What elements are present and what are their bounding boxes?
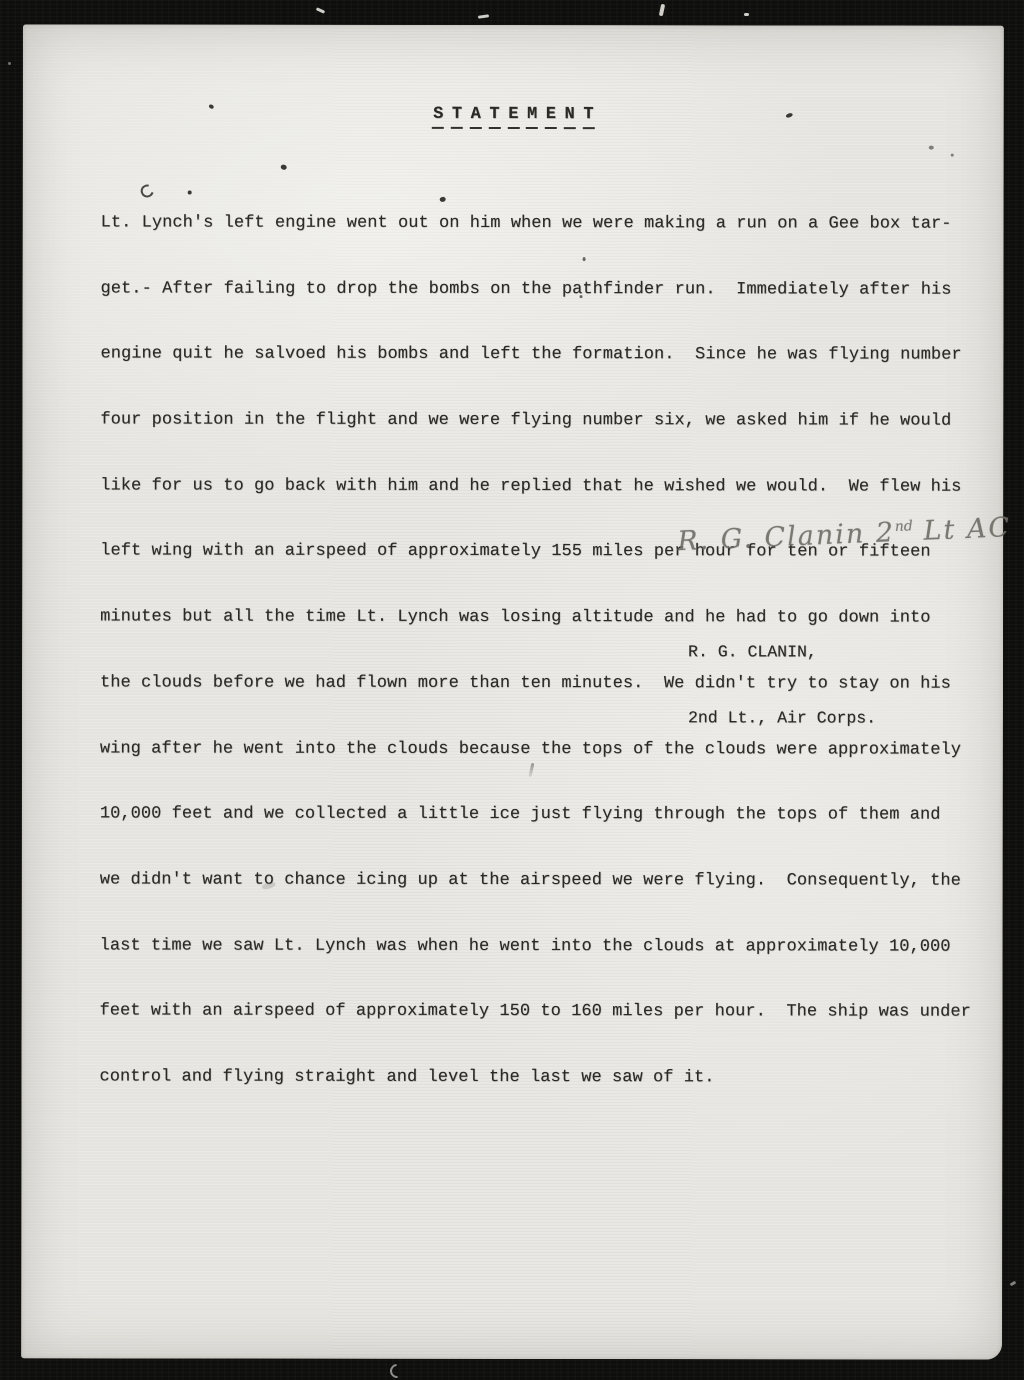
- statement-line: feet with an airspeed of approximately 1…: [100, 1001, 971, 1024]
- title-letter: T: [489, 105, 501, 129]
- title-letter: N: [564, 105, 576, 129]
- title-letter: T: [582, 105, 594, 129]
- document-title: STATEMENT: [23, 104, 1004, 129]
- statement-line: last time we saw Lt. Lynch was when he w…: [100, 935, 971, 958]
- statement-line: 10,000 feet and we collected a little ic…: [100, 804, 971, 827]
- statement-line: four position in the flight and we were …: [100, 409, 971, 432]
- statement-line: control and flying straight and level th…: [99, 1067, 970, 1090]
- handwritten-signature-superscript: nd: [894, 518, 913, 535]
- statement-line: get.- After failing to drop the bombs on…: [101, 278, 972, 301]
- title-letter: A: [470, 105, 482, 129]
- scanner-dust-speck: [744, 13, 749, 16]
- paper-speck: [929, 146, 934, 150]
- typed-signature-rank: 2nd Lt., Air Corps.: [688, 707, 876, 729]
- title-letter: T: [451, 105, 463, 129]
- handwritten-signature-text: Lt AC: [912, 512, 1011, 547]
- statement-line: we didn't want to chance icing up at the…: [100, 869, 971, 892]
- typed-signature-block: R. G. CLANIN, 2nd Lt., Air Corps.: [688, 597, 876, 773]
- scan-background: STATEMENT Lt. Lynch's left engine went o…: [0, 0, 1024, 1380]
- scanner-dust-speck: [387, 1361, 407, 1380]
- statement-line: engine quit he salvoed his bombs and lef…: [100, 344, 971, 367]
- statement-line: like for us to go back with him and he r…: [100, 475, 971, 498]
- title-letter: M: [526, 105, 538, 129]
- scanner-dust-speck: [316, 7, 325, 14]
- document-paper: STATEMENT Lt. Lynch's left engine went o…: [21, 24, 1004, 1359]
- typed-signature-name: R. G. CLANIN,: [688, 641, 876, 663]
- statement-line: Lt. Lynch's left engine went out on him …: [101, 212, 972, 235]
- title-letter: E: [507, 105, 519, 129]
- scanner-dust-speck: [478, 14, 489, 19]
- paper-speck: [951, 154, 954, 157]
- title-letter: S: [432, 105, 444, 129]
- scanner-dust-speck: [8, 62, 11, 65]
- title-letter: E: [545, 105, 557, 129]
- scanner-dust-speck: [659, 4, 665, 17]
- scanner-dust-speck: [1010, 1281, 1017, 1287]
